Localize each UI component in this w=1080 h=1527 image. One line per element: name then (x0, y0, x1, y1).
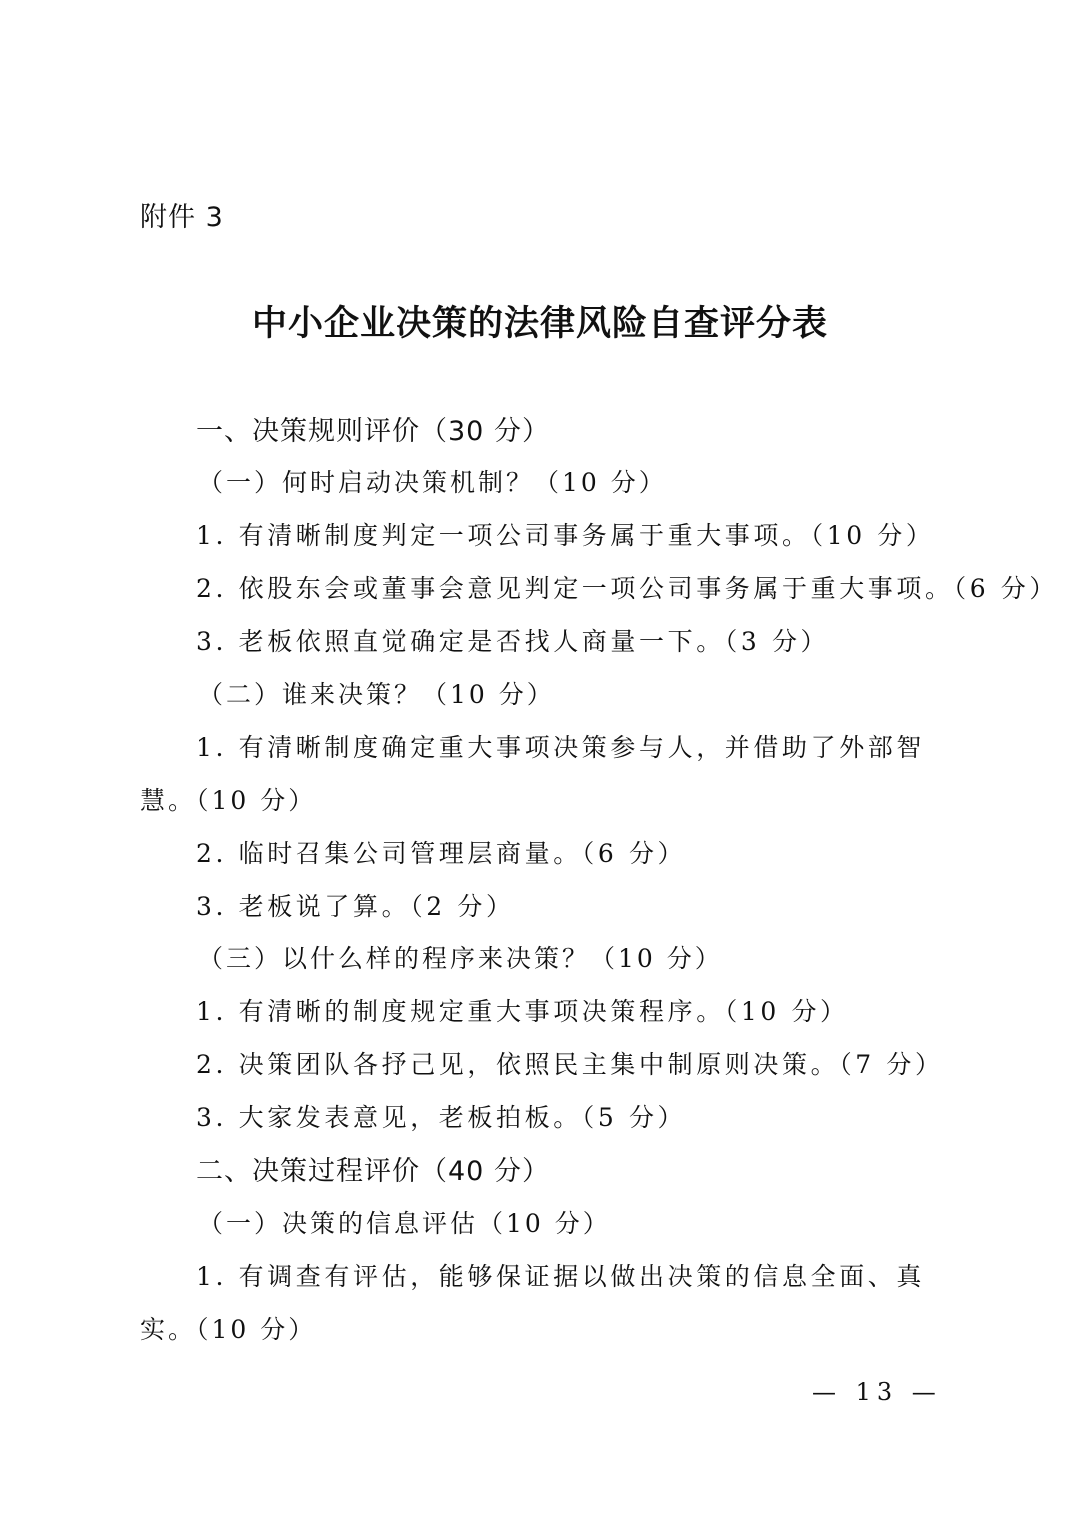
criterion-item-continuation: 慧。（10 分） (140, 788, 316, 813)
section-heading-2: 二、决策过程评价（40 分） (196, 1158, 550, 1185)
criterion-item: 1. 有清晰的制度规定重大事项决策程序。（10 分） (196, 999, 849, 1024)
subsection-heading-2-1: （一）决策的信息评估（10 分） (198, 1211, 611, 1236)
page-number: — 13 — (812, 1380, 942, 1404)
subsection-heading-1-1: （一）何时启动决策机制？（10 分） (198, 470, 667, 495)
document-page: 附件 3 中小企业决策的法律风险自查评分表 一、决策规则评价（30 分） （一）… (0, 0, 1080, 1527)
criterion-item: 1. 有调查有评估，能够保证据以做出决策的信息全面、真 (196, 1264, 925, 1289)
subsection-heading-1-3: （三）以什么样的程序来决策？（10 分） (198, 946, 723, 971)
criterion-item: 2. 临时召集公司管理层商量。（6 分） (196, 841, 686, 866)
criterion-item: 3. 大家发表意见，老板拍板。（5 分） (196, 1105, 686, 1130)
criterion-item: 1. 有清晰制度判定一项公司事务属于重大事项。（10 分） (196, 523, 934, 548)
attachment-label: 附件 3 (140, 204, 224, 231)
criterion-item-continuation: 实。（10 分） (140, 1317, 316, 1342)
subsection-heading-1-2: （二）谁来决策？（10 分） (198, 682, 555, 707)
document-title: 中小企业决策的法律风险自查评分表 (0, 306, 1080, 341)
criterion-item: 2. 决策团队各抒己见，依照民主集中制原则决策。（7 分） (196, 1052, 944, 1077)
section-heading-1: 一、决策规则评价（30 分） (196, 418, 550, 445)
criterion-item: 1. 有清晰制度确定重大事项决策参与人，并借助了外部智 (196, 735, 925, 760)
criterion-item: 3. 老板依照直觉确定是否找人商量一下。（3 分） (196, 629, 829, 654)
criterion-item: 2. 依股东会或董事会意见判定一项公司事务属于重大事项。（6 分） (196, 576, 1058, 601)
criterion-item: 3. 老板说了算。（2 分） (196, 894, 515, 919)
